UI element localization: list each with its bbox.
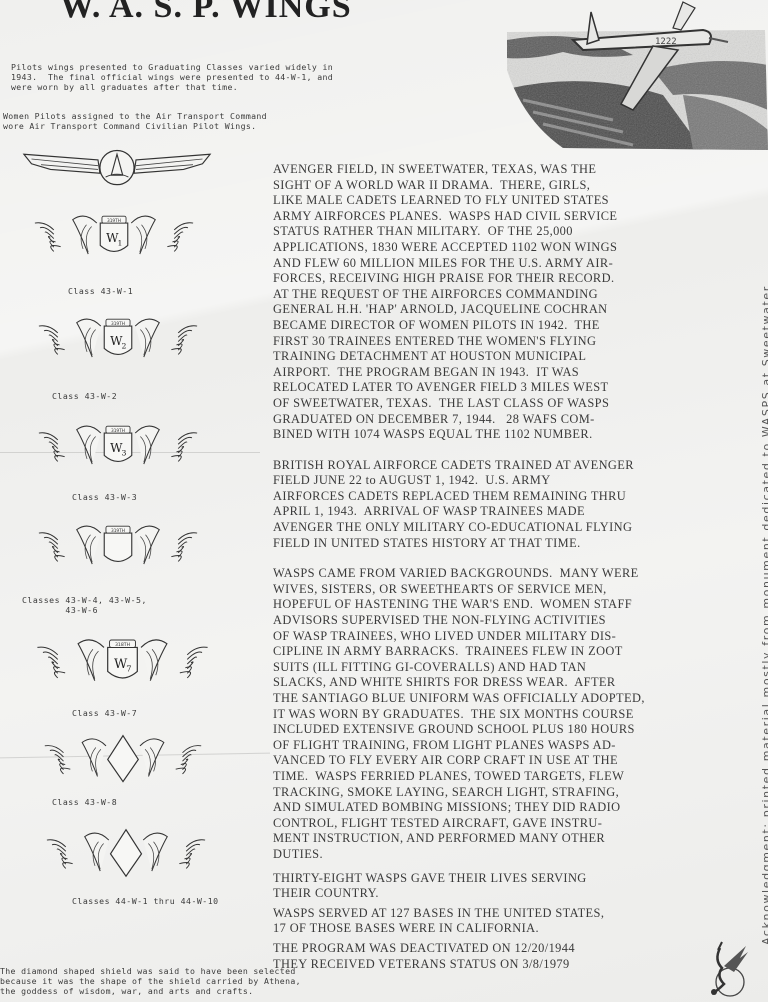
text-line: TRAINING DETACHMENT AT HOUSTON MUNICIPAL xyxy=(273,349,663,365)
svg-text:319TH: 319TH xyxy=(111,428,125,434)
text-line: SUITS (ILL FITTING GI-COVERALLS) AND HAD… xyxy=(273,660,663,676)
text-line: BRITISH ROYAL AIRFORCE CADETS TRAINED AT… xyxy=(273,458,663,474)
text-line: TRACKING, SMOKE LAYING, SEARCH LIGHT, ST… xyxy=(273,785,663,801)
page-title: W. A. S. P. WINGS xyxy=(60,0,352,26)
airplane-photo: 1222 xyxy=(503,0,768,150)
text-line: BECAME DIRECTOR OF WOMEN PILOTS IN 1942.… xyxy=(273,318,663,334)
wings-43-w-2-icon: 319THW 2 xyxy=(32,308,204,366)
acknowledgment-note: Acknowledgment: printed material mostly … xyxy=(760,285,768,945)
wing-class-caption: Class 43-W-8 xyxy=(52,797,117,807)
text-line: AIRPORT. THE PROGRAM BEGAN IN 1943. IT W… xyxy=(273,365,663,381)
text-line: AVENGER FIELD, IN SWEETWATER, TEXAS, WAS… xyxy=(273,162,663,178)
text-line: STATUS RATHER THAN MILITARY. OF THE 25,0… xyxy=(273,224,663,240)
text-line: BINED WITH 1074 WASPS EQUAL THE 1102 NUM… xyxy=(273,427,663,443)
text-line: VANCED TO FLY EVERY AIR CORP CRAFT IN US… xyxy=(273,753,663,769)
text-line: CIPLINE IN ARMY BARRACKS. TRAINEES FLEW … xyxy=(273,644,663,660)
wings-43-w-7-icon: 318THW 7 xyxy=(30,628,215,691)
text-line: THE SANTIAGO BLUE UNIFORM WAS OFFICIALLY… xyxy=(273,691,663,707)
svg-text:3: 3 xyxy=(122,448,127,457)
text-line: OF FLIGHT TRAINING, FROM LIGHT PLANES WA… xyxy=(273,738,663,754)
text-line: WASPS CAME FROM VARIED BACKGROUNDS. MANY… xyxy=(273,566,663,582)
text-line: WASPS SERVED AT 127 BASES IN THE UNITED … xyxy=(273,906,663,922)
fact-lives-lost: THIRTY-EIGHT WASPS GAVE THEIR LIVES SERV… xyxy=(273,871,663,902)
wings-43-w-8-icon xyxy=(38,728,208,786)
text-line: 17 OF THOSE BASES WERE IN CALIFORNIA. xyxy=(273,921,663,937)
wings-44-w-1-10-icon xyxy=(40,822,212,880)
text-line: AND SIMULATED BOMBING MISSIONS; THEY DID… xyxy=(273,800,663,816)
wing-class-caption: Class 43-W-3 xyxy=(72,492,137,502)
fact-bases: WASPS SERVED AT 127 BASES IN THE UNITED … xyxy=(273,906,663,937)
text-line: TIME. WASPS FERRIED PLANES, TOWED TARGET… xyxy=(273,769,663,785)
svg-text:319TH: 319TH xyxy=(111,528,125,534)
text-line: ARMY AIRFORCES PLANES. WASPS HAD CIVIL S… xyxy=(273,209,663,225)
text-line: APRIL 1, 1943. ARRIVAL OF WASP TRAINEES … xyxy=(273,504,663,520)
wing-class-caption: Classes 44-W-1 thru 44-W-10 xyxy=(72,896,219,906)
wing-class-caption: Class 43-W-2 xyxy=(52,391,117,401)
text-line: FIELD JUNE 22 to AUGUST 1, 1942. U.S. AR… xyxy=(273,473,663,489)
paragraph-backgrounds: WASPS CAME FROM VARIED BACKGROUNDS. MANY… xyxy=(273,566,663,862)
text-line: FIELD IN UNITED STATES HISTORY AT THAT T… xyxy=(273,536,663,552)
text-line: THEIR COUNTRY. xyxy=(273,886,663,902)
text-line: GRADUATED ON DECEMBER 7, 1944. 28 WAFS C… xyxy=(273,412,663,428)
text-line: WIVES, SISTERS, OR SWEETHEARTS OF SERVIC… xyxy=(273,582,663,598)
scanned-page: W. A. S. P. WINGS Pilots wings presented… xyxy=(0,0,768,1002)
paragraph-british-cadets: BRITISH ROYAL AIRFORCE CADETS TRAINED AT… xyxy=(273,458,663,552)
text-line: RELOCATED LATER TO AVENGER FIELD 3 MILES… xyxy=(273,380,663,396)
text-line: INCLUDED EXTENSIVE GROUND SCHOOL PLUS 18… xyxy=(273,722,663,738)
text-line: AND FLEW 60 MILLION MILES FOR THE U.S. A… xyxy=(273,256,663,272)
text-line: ADVISORS SUPERVISED THE NON-FLYING ACTIV… xyxy=(273,613,663,629)
diamond-shield-footnote: The diamond shaped shield was said to ha… xyxy=(0,966,301,996)
fact-dates: THE PROGRAM WAS DEACTIVATED ON 12/20/194… xyxy=(273,941,663,972)
text-line: GENERAL H.H. 'HAP' ARNOLD, JACQUELINE CO… xyxy=(273,302,663,318)
text-line: IT WAS WORN BY GRADUATES. THE SIX MONTHS… xyxy=(273,707,663,723)
text-line: DUTIES. xyxy=(273,847,663,863)
paragraph-avenger-field: AVENGER FIELD, IN SWEETWATER, TEXAS, WAS… xyxy=(273,162,663,443)
svg-text:2: 2 xyxy=(122,341,127,350)
wings-43-w-1-icon: 319THW 1 xyxy=(28,205,200,263)
wing-class-caption: Class 43-W-1 xyxy=(68,286,133,296)
svg-text:319TH: 319TH xyxy=(111,321,125,327)
history-text: AVENGER FIELD, IN SWEETWATER, TEXAS, WAS… xyxy=(273,162,663,972)
text-line: SIGHT OF A WORLD WAR II DRAMA. THERE, GI… xyxy=(273,178,663,194)
text-line: THEY RECEIVED VETERANS STATUS ON 3/8/197… xyxy=(273,957,663,973)
intro-text: Pilots wings presented to Graduating Cla… xyxy=(11,62,333,92)
fifinella-mascot-icon xyxy=(700,938,756,998)
wing-class-caption: Class 43-W-7 xyxy=(72,708,137,718)
svg-text:7: 7 xyxy=(126,663,131,673)
text-line: AIRFORCES CADETS REPLACED THEM REMAINING… xyxy=(273,489,663,505)
atc-wings-icon xyxy=(22,140,212,205)
wings-43-w-3-icon: 319THW 3 xyxy=(32,415,204,473)
svg-text:1222: 1222 xyxy=(655,37,677,47)
text-line: SLACKS, AND WHITE SHIRTS FOR DRESS WEAR.… xyxy=(273,675,663,691)
svg-text:318TH: 318TH xyxy=(115,642,131,648)
text-line: OF WASP TRAINEES, WHO LIVED UNDER MILITA… xyxy=(273,629,663,645)
text-line: HOPEFUL OF HASTENING THE WAR'S END. WOME… xyxy=(273,597,663,613)
svg-text:1: 1 xyxy=(118,238,123,247)
text-line: CONTROL, FLIGHT TESTED AIRCRAFT, GAVE IN… xyxy=(273,816,663,832)
svg-text:319TH: 319TH xyxy=(107,218,121,224)
text-line: THE PROGRAM WAS DEACTIVATED ON 12/20/194… xyxy=(273,941,663,957)
text-line: FIRST 30 TRAINEES ENTERED THE WOMEN'S FL… xyxy=(273,334,663,350)
text-line: OF SWEETWATER, TEXAS. THE LAST CLASS OF … xyxy=(273,396,663,412)
text-line: FORCES, RECEIVING HIGH PRAISE FOR THEIR … xyxy=(273,271,663,287)
atc-note: Women Pilots assigned to the Air Transpo… xyxy=(3,111,267,131)
wing-class-caption: Classes 43-W-4, 43-W-5, 43-W-6 xyxy=(22,595,147,615)
text-line: AT THE REQUEST OF THE AIRFORCES COMMANDI… xyxy=(273,287,663,303)
text-line: THIRTY-EIGHT WASPS GAVE THEIR LIVES SERV… xyxy=(273,871,663,887)
wings-43-w-4-6-icon: 319TH xyxy=(32,515,204,573)
text-line: LIKE MALE CADETS LEARNED TO FLY UNITED S… xyxy=(273,193,663,209)
text-line: APPLICATIONS, 1830 WERE ACCEPTED 1102 WO… xyxy=(273,240,663,256)
text-line: MENT INSTRUCTION, AND PERFORMED MANY OTH… xyxy=(273,831,663,847)
text-line: AVENGER THE ONLY MILITARY CO-EDUCATIONAL… xyxy=(273,520,663,536)
